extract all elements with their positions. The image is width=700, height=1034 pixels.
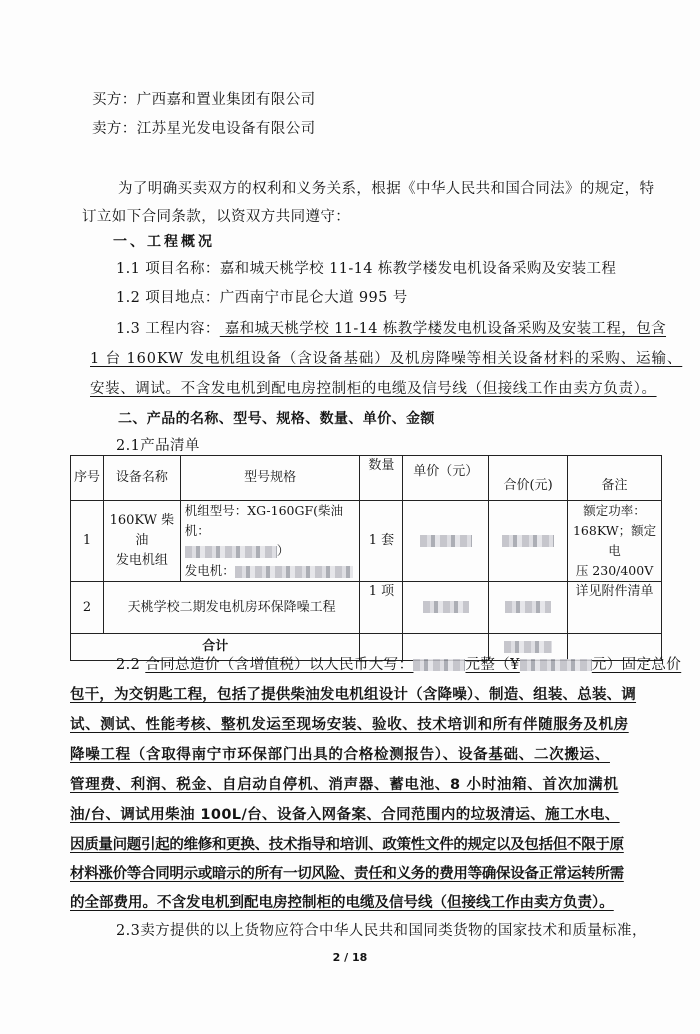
item-1-1: 1.1 项目名称：嘉和城天桃学校 11-14 栋教学楼发电机设备采购及安装工程 [116,259,616,279]
redacted-value [502,535,554,547]
product-table: 序号 设备名称 型号规格 数量 单价（元） 合价(元) 备注 1 160KW 柴… [70,455,662,661]
preamble-line-2: 订立如下合同条款，以资双方共同遵守： [82,207,350,227]
row2-remark: 详见附件清单 [568,582,662,634]
table-row: 1 160KW 柴油 发电机组 机组型号：XG-160GF(柴油机： ） 发电机… [71,501,662,582]
header-name: 设备名称 [103,456,180,501]
table-row: 2 天桃学校二期发电机房环保降噪工程 1 项 详见附件清单 [71,582,662,634]
row2-qty: 1 项 [360,582,403,634]
row1-name-line1: 160KW 柴油 [108,511,176,551]
redacted-value [423,601,469,613]
row1-model-line1: 机组型号：XG-160GF(柴油机： [185,501,356,541]
section2-heading: 二、产品的名称、型号、规格、数量、单价、金额 [118,409,435,429]
header-total-price: 合价(元) [489,456,568,501]
header-remark: 备注 [568,456,662,501]
item-2-2-line2: 包干，为交钥匙工程，包括了提供柴油发电机组设计（含降噪）、制造、组装、总装、调 [70,685,636,705]
row1-index: 1 [71,501,104,582]
item-1-3-line1: 嘉和城天桃学校 11-14 栋教学楼发电机设备采购及安装工程，包含 [220,321,666,337]
table-header-row: 序号 设备名称 型号规格 数量 单价（元） 合价(元) 备注 [71,456,662,501]
redacted-amount-words [413,659,465,671]
row1-remark: 额定功率： 168KW；额定电 压 230/400V [568,501,662,582]
item-1-3-label: 1.3 工程内容： [116,321,220,337]
item-2-2-line4: 降噪工程（含取得南宁市环保部门出具的合格检测报告）、设备基础、二次搬运、 [70,745,610,765]
row2-unit-price [403,582,489,634]
item-1-3-line2: 1 台 160KW 发电机组设备（含设备基础）及机房降噪等相关设备材料的采购、运… [90,349,682,369]
header-model: 型号规格 [180,456,360,501]
redacted-amount-number [520,659,592,671]
row2-total-price [489,582,568,634]
row1-model: 机组型号：XG-160GF(柴油机： ） 发电机： [180,501,360,582]
item-2-2-line3: 试、测试、性能考核、整机发运至现场安装、验收、技术培训和所有伴随服务及机房 [70,715,629,735]
row1-unit-price [403,501,489,582]
redacted-value [504,641,552,653]
row2-index: 2 [71,582,104,634]
item-1-3: 1.3 工程内容： 嘉和城天桃学校 11-14 栋教学楼发电机设备采购及安装工程… [116,319,666,339]
header-qty: 数量 [360,456,403,501]
redacted-value [185,546,277,558]
section2-subheading: 2.1产品清单 [116,436,200,456]
item-1-3-line3: 安装、调试。不含发电机到配电房控制柜的电缆及信号线（但接线工作由卖方负责）。 [90,379,657,399]
row1-name: 160KW 柴油 发电机组 [103,501,180,582]
row1-total-price [489,501,568,582]
item-2-2-line6: 油/台、调试用柴油 100L/台、设备入网备案、合同范围内的垃圾清运、施工水电、 [70,805,620,825]
row1-name-line2: 发电机组 [108,551,176,571]
redacted-value [505,601,551,613]
item-1-2: 1.2 项目地点：广西南宁市昆仑大道 995 号 [116,288,408,308]
preamble-line-1: 为了明确买卖双方的权利和义务关系，根据《中华人民共和国合同法》的规定，特 [118,179,654,199]
item-2-3: 2.3卖方提供的以上货物应符合中华人民共和国同类货物的国家技术和质量标准， [116,921,647,941]
row2-name: 天桃学校二期发电机房环保降噪工程 [103,582,360,634]
item-2-2-line7: 因质量问题引起的维修和更换、技术指导和培训、政策性文件的规定以及包括但不限于原 [70,835,624,855]
redacted-value [420,535,472,547]
redacted-value [235,566,353,578]
row1-model-line3: 发电机： [185,561,356,581]
seller-line: 卖方：江苏星光发电设备有限公司 [92,119,316,139]
row1-model-line2: ） [185,541,356,561]
item-2-2-line1: 2.2 合同总造价（含增值税）以人民币大写：元整（¥元）固定总价 [116,655,681,675]
row1-qty: 1 套 [360,501,403,582]
page-number: 2 / 18 [0,951,700,964]
header-unit-price: 单价（元） [403,456,489,501]
header-index: 序号 [71,456,104,501]
section1-heading: 一、工程概况 [113,232,215,252]
buyer-line: 买方：广西嘉和置业集团有限公司 [92,90,316,110]
item-2-2-line5: 管理费、利润、税金、自启动自停机、消声器、蓄电池、8 小时油箱、首次加满机 [70,775,619,795]
item-2-2-line9: 的全部费用。不含发电机到配电房控制柜的电缆及信号线（但接线工作由卖方负责）。 [70,893,614,913]
item-2-2-line8: 材料涨价等合同明示或暗示的所有一切风险、责任和义务的费用等确保设备正常运转所需 [70,864,624,884]
